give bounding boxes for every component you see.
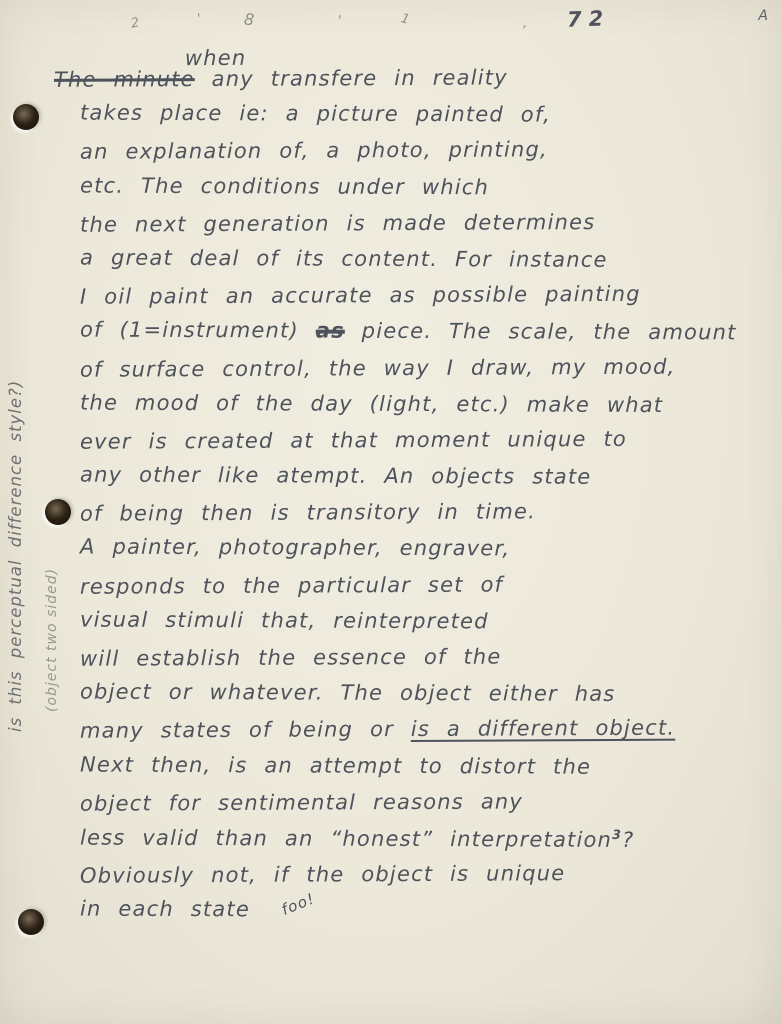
handwritten-line: will establish the essence of the [80, 643, 752, 683]
handwritten-line: Next then, is an attempt to distort the [80, 752, 752, 791]
handwritten-line: responds to the particular set of [80, 571, 752, 611]
text-segment: object for sentimental reasons any [80, 789, 523, 815]
pencil-mark: , [523, 16, 527, 31]
handwritten-line: any other like atempt. An objects state [80, 463, 752, 502]
text-segment: the next generation is made determines [80, 210, 596, 237]
corner-label: A [758, 8, 768, 24]
text-segment: responds to the particular set of [80, 572, 503, 598]
punch-hole-middle [45, 499, 71, 525]
pencil-mark: 72 [567, 6, 611, 31]
handwritten-line: ever is created at that moment unique to [80, 426, 752, 466]
text-segment: of being then is transitory in time. [80, 500, 536, 526]
handwritten-line: a great deal of its content. For instanc… [80, 245, 752, 284]
handwritten-line: of (1=instrument) as piece. The scale, t… [80, 318, 752, 357]
handwritten-line: of being then is transitory in time. [80, 498, 752, 538]
handwritten-line: in each statefoo! [80, 897, 752, 936]
margin-note-outer: is this perceptual difference style?) [6, 380, 25, 732]
handwritten-line: less valid than an “honest” interpretati… [80, 824, 752, 863]
pencil-mark: 2 [130, 15, 141, 31]
text-segment: Obviously not, if the object is unique [80, 861, 566, 888]
handwritten-line: many states of being or is a different o… [80, 716, 752, 756]
text-segment: A painter, photographer, engraver, [80, 535, 510, 561]
handwritten-line: the next generation is made determines [80, 209, 752, 249]
pencil-mark: ' [338, 14, 342, 29]
notebook-page: 2'8'1,72 A is this perceptual difference… [0, 0, 782, 1024]
text-segment-underline: is a different object. [411, 716, 676, 741]
handwritten-line: visual stimuli that, reinterpreted [80, 607, 752, 646]
text-segment-sup: 3 [612, 827, 622, 842]
text-segment: less valid than an “honest” interpretati… [80, 825, 612, 851]
punch-hole-bottom [18, 909, 44, 935]
handwritten-line: the mood of the day (light, etc.) make w… [80, 390, 752, 429]
handwritten-body: whenThe minute any transfere in realityt… [80, 66, 752, 935]
text-segment-above: when [185, 46, 247, 70]
text-segment: an explanation of, a photo, printing, [80, 138, 548, 164]
text-segment: any other like atempt. An objects state [80, 463, 592, 489]
handwritten-line: takes place ie: a picture painted of, [80, 101, 752, 140]
text-segment: in each state [80, 897, 250, 922]
text-segment-strike: The minute [54, 67, 195, 92]
handwritten-line: an explanation of, a photo, printing, [80, 137, 752, 177]
text-segment: ? [622, 828, 634, 852]
handwritten-line: object or whatever. The object either ha… [80, 680, 752, 719]
text-segment: of surface control, the way I draw, my m… [80, 354, 676, 381]
pencil-mark: 8 [243, 10, 255, 30]
punch-hole-top [13, 104, 39, 130]
text-segment-scribble: as [316, 319, 345, 343]
pencil-mark: 1 [399, 11, 411, 28]
pencil-mark: ' [197, 12, 201, 27]
text-segment: takes place ie: a picture painted of, [80, 101, 551, 127]
text-segment: a great deal of its content. For instanc… [80, 245, 608, 271]
handwritten-line: Obviously not, if the object is unique [80, 860, 752, 900]
text-segment: object or whatever. The object either ha… [80, 680, 616, 706]
text-segment: will establish the essence of the [80, 645, 502, 671]
header-pencil-marks: 2'8'1,72 [0, 0, 782, 40]
text-segment: piece. The scale, the amount [345, 319, 737, 345]
text-segment: of (1=instrument) [80, 318, 316, 343]
text-segment: many states of being or [80, 717, 411, 743]
handwritten-line: whenThe minute any transfere in reality [54, 64, 752, 104]
text-segment: visual stimuli that, reinterpreted [80, 607, 489, 633]
handwritten-line: of surface control, the way I draw, my m… [80, 354, 752, 394]
handwritten-line: A painter, photographer, engraver, [80, 535, 752, 574]
text-segment: I oil paint an accurate as possible pain… [80, 282, 641, 309]
text-segment: etc. The conditions under which [80, 173, 489, 199]
text-segment: Next then, is an attempt to distort the [80, 752, 591, 778]
text-segment: the mood of the day (light, etc.) make w… [80, 390, 663, 417]
handwritten-line: I oil paint an accurate as possible pain… [80, 281, 752, 321]
handwritten-line: object for sentimental reasons any [80, 788, 752, 828]
handwritten-line: etc. The conditions under which [80, 173, 752, 212]
margin-note-inner: (object two sided) [44, 568, 60, 712]
text-segment: ever is created at that moment unique to [80, 427, 627, 454]
